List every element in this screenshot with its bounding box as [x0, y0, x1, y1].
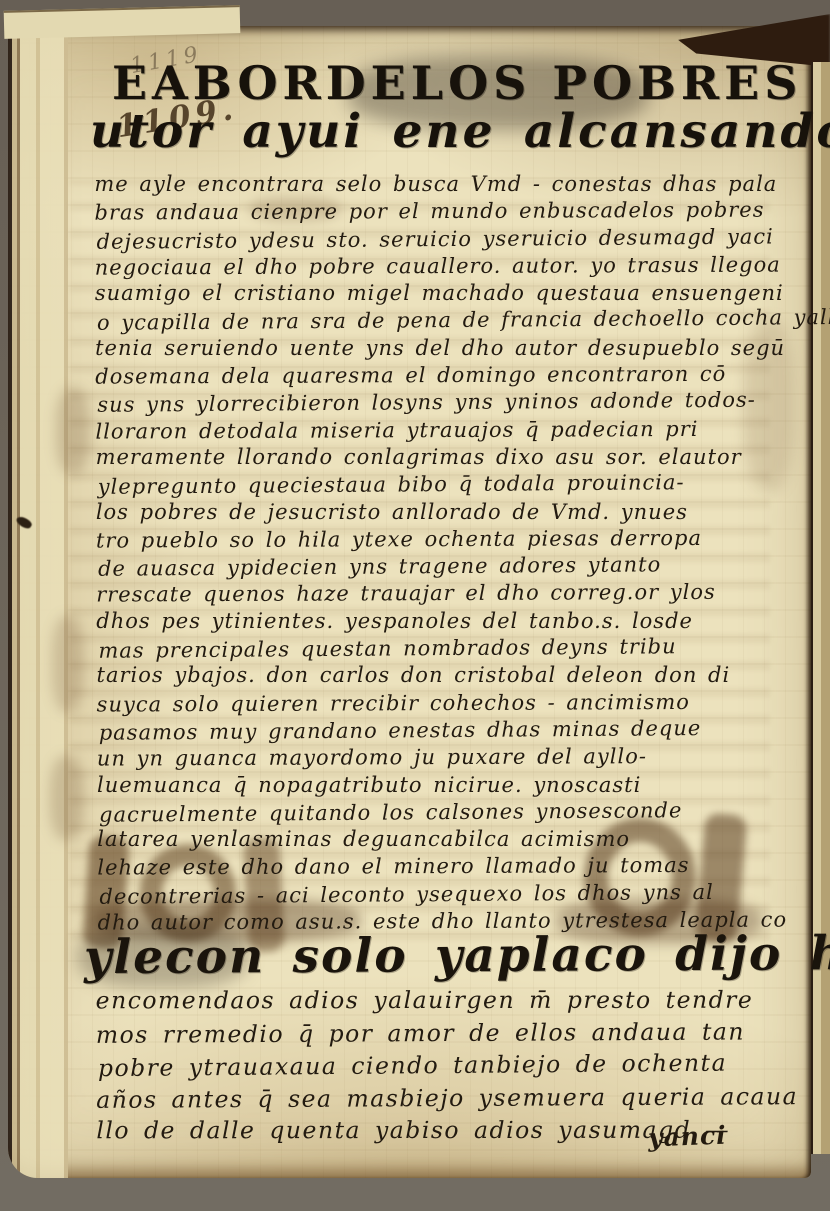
manuscript-line: luemuanca q̄ nopagatributo nicirue. ynos… [97, 773, 813, 800]
manuscript-line: bras andaua cienpre por el mundo enbusca… [94, 198, 810, 228]
manuscript-line: o ycapilla de nra sra de pena de francia… [97, 306, 813, 339]
manuscript-line: los pobres de jesucristo anllorado de Vm… [96, 500, 812, 527]
manuscript-line: lehaze este dho dano el minero llamado j… [97, 853, 813, 883]
manuscript-line: tenia seruiendo uente yns del dho autor … [95, 336, 811, 363]
page-title: EABORDELOS POBRES [112, 56, 802, 110]
manuscript-line: lloraron detodala miseria ytrauajos q̄ p… [95, 416, 811, 446]
manuscript-line: de auasca ypidecien yns tragene adores y… [98, 551, 814, 584]
manuscript-line: meramente llorando conlagrimas dixo asu … [96, 445, 812, 472]
manuscript-line: rrescate quenos haze trauajar el dho cor… [96, 580, 812, 610]
manuscript-line: ylepregunto queciestaua bibo q̄ todala p… [98, 469, 814, 502]
manuscript-line: pobre ytrauaxaua ciendo tanbiejo de oche… [98, 1048, 814, 1087]
page-subtitle: utor ayui ene alcansando: [90, 104, 830, 159]
manuscript-line: negociaua el dho pobre cauallero. autor.… [95, 252, 811, 282]
manuscript-line: gacruelmente quitando los calsones ynose… [99, 797, 815, 830]
manuscript-line: decontrerias - aci leconto ysequexo los … [99, 879, 815, 912]
manuscript-line: dhos pes ytinientes. yespanoles del tanb… [96, 609, 812, 636]
manuscript-line: pasamos muy grandano enestas dhas minas … [99, 715, 815, 748]
manuscript-line: me ayle encontrara selo busca Vmd - cone… [94, 172, 810, 199]
section-title: ylecon solo yaplaco dijo hijo [84, 926, 830, 985]
manuscript-line: latarea yenlasminas deguancabilca acimis… [97, 827, 813, 854]
manuscript-line: un yn guanca mayordomo ju puxare del ayl… [97, 744, 813, 774]
body-paragraph-1: me ayle encontrara selo busca Vmd - cone… [94, 170, 813, 937]
manuscript-line: suyca solo quieren rrecibir cohechos - a… [97, 689, 813, 719]
top-page-edges [4, 5, 241, 39]
right-page-edges [811, 62, 830, 1154]
manuscript-line: encomendaos adios yalauirgen m̄ presto t… [96, 986, 812, 1019]
manuscript-line: sus yns ylorrecibieron losyns yns yninos… [97, 388, 813, 421]
manuscript-line: mas prencipales questan nombrados deyns … [98, 633, 814, 666]
manuscript-line: mos rremedio q̄ por amor de ellos andaua… [96, 1017, 812, 1053]
catchword: yanci [648, 1121, 728, 1153]
manuscript-photo: { "colors": { "paper": "#ece2bd", "ink":… [0, 0, 830, 1211]
manuscript-line: años antes q̄ sea masbiejo ysemuera quer… [96, 1082, 812, 1118]
manuscript-line: tarios ybajos. don carlos don cristobal … [97, 663, 813, 690]
manuscript-line: dejesucristo ydesu sto. seruicio yseruic… [97, 224, 813, 257]
manuscript-line: suamigo el cristiano migel machado quest… [95, 281, 811, 308]
